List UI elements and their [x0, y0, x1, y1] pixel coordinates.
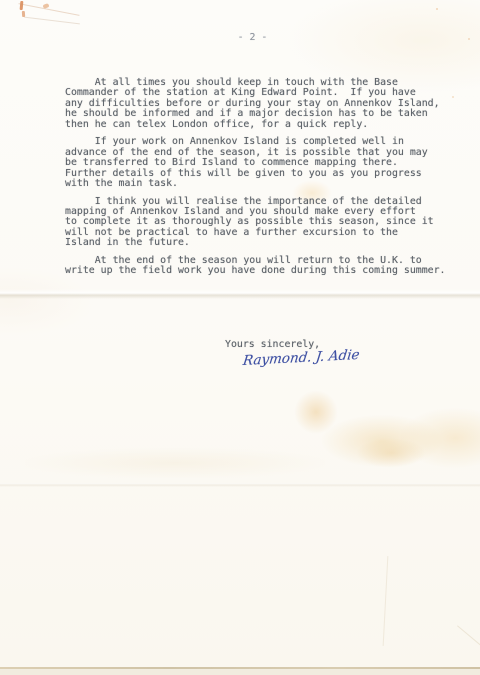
- letter-body: At all times you should keep in touch wi…: [65, 78, 465, 284]
- background-strip: [0, 669, 480, 675]
- letter-paragraph-2: If your work on Annenkov Island is compl…: [65, 137, 465, 189]
- crease-scratch: [383, 556, 389, 646]
- page-number: - 2 -: [65, 32, 440, 43]
- letter-paragraph-3: I think you will realise the importance …: [65, 197, 465, 249]
- stain-mark: [356, 438, 426, 468]
- fold-crease: [0, 289, 480, 299]
- letter-page: - 2 - At all times you should keep in to…: [0, 0, 480, 669]
- crease-scratch: [457, 625, 480, 655]
- stain-mark: [25, 448, 325, 478]
- paper-speck: [436, 8, 438, 10]
- letter-paragraph-4: At the end of the season you will return…: [65, 256, 465, 277]
- fold-crease: [0, 483, 480, 487]
- staple-rust-mark: [20, 1, 24, 10]
- letter-paragraph-1: At all times you should keep in touch wi…: [65, 78, 465, 130]
- paper-speck: [468, 38, 470, 40]
- crease-scratch: [24, 17, 80, 25]
